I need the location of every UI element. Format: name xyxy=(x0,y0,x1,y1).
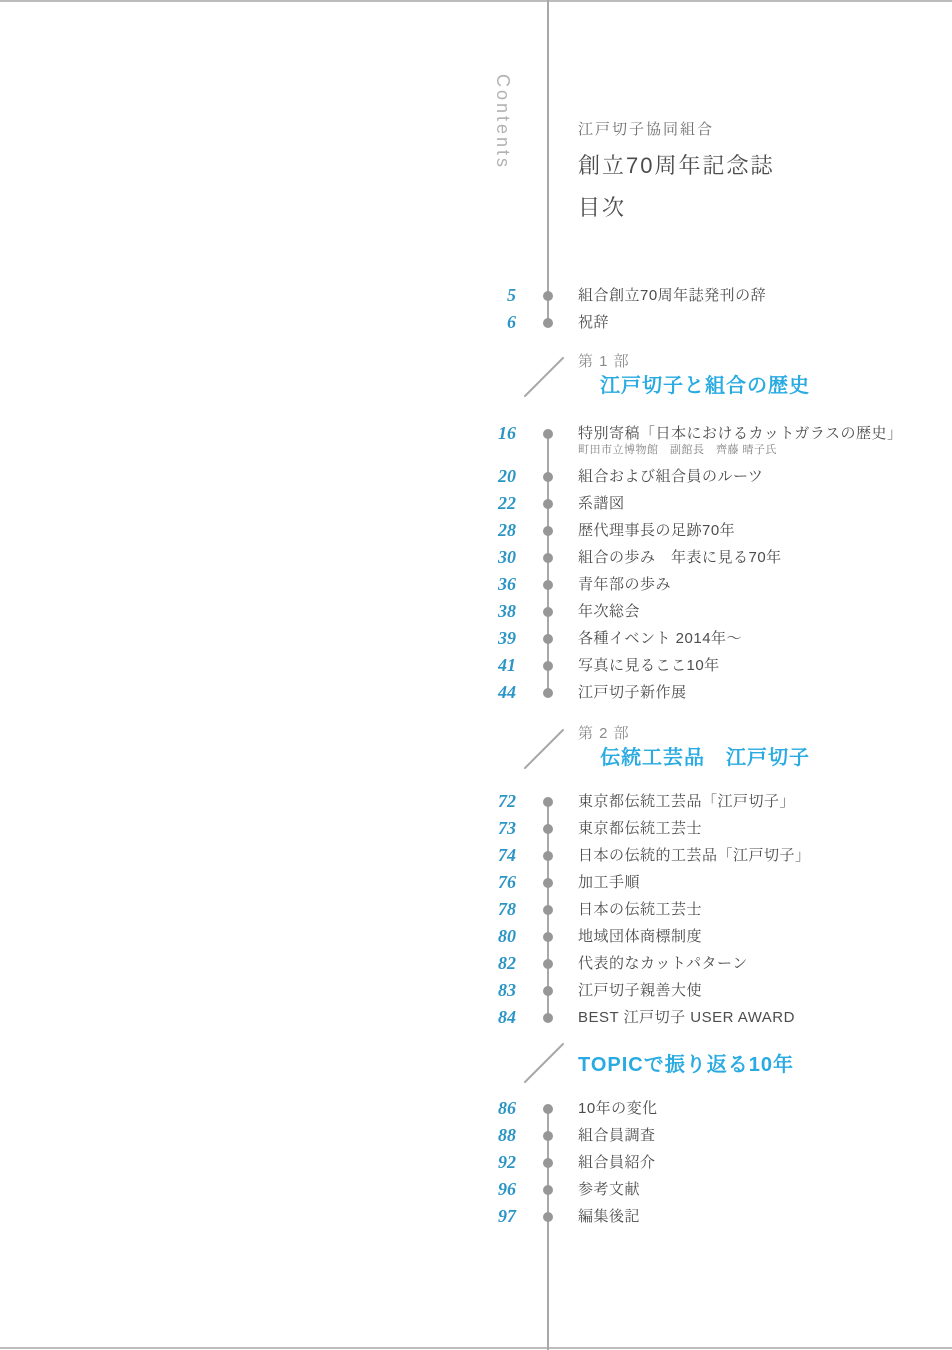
toc-entry-title: 加工手順 xyxy=(578,869,640,896)
toc-entry-page-number: 83 xyxy=(0,977,516,1004)
toc-entry-bullet-icon xyxy=(543,878,553,888)
toc-entry-row: 30 組合の歩み 年表に見る70年 xyxy=(0,544,952,571)
toc-entry-row: 88 組合員調査 xyxy=(0,1122,952,1149)
toc-entry-text: 組合および組合員のルーツ xyxy=(578,463,763,490)
toc-entry-bullet-icon xyxy=(543,661,553,671)
toc-entry-title: 参考文献 xyxy=(578,1176,640,1203)
toc-entry-row: 86 10年の変化 xyxy=(0,1095,952,1122)
toc-entry-bullet-icon xyxy=(543,986,553,996)
toc-entry-page-number: 97 xyxy=(0,1203,516,1230)
toc-entry-page-number: 86 xyxy=(0,1095,516,1122)
toc-entry-text: 系譜図 xyxy=(578,490,625,517)
toc-entry-row: 5 組合創立70周年誌発刊の辞 xyxy=(0,282,952,309)
toc-entry-text: 地域団体商標制度 xyxy=(578,923,702,950)
toc-entry-row: 36 青年部の歩み xyxy=(0,571,952,598)
toc-entry-bullet-icon xyxy=(543,1131,553,1141)
toc-entry-bullet-icon xyxy=(543,607,553,617)
toc-entry-title: 各種イベント 2014年〜 xyxy=(578,625,742,652)
toc-entry-row: 41 写真に見るここ10年 xyxy=(0,652,952,679)
toc-entry-row: 39 各種イベント 2014年〜 xyxy=(0,625,952,652)
toc-section-1-list: 16 特別寄稿「日本におけるカットガラスの歴史」 町田市立博物館 副館長 齊藤 … xyxy=(0,420,952,706)
toc-entry-title: 組合の歩み 年表に見る70年 xyxy=(578,544,782,571)
toc-entry-bullet-icon xyxy=(543,318,553,328)
toc-entry-bullet-icon xyxy=(543,851,553,861)
toc-entry-page-number: 73 xyxy=(0,815,516,842)
toc-entry-bullet-icon xyxy=(543,932,553,942)
toc-entry-row: 82 代表的なカットパターン xyxy=(0,950,952,977)
toc-entry-bullet-icon xyxy=(543,429,553,439)
section-3-title: TOPICで振り返る10年 xyxy=(578,1052,794,1078)
toc-entry-page-number: 88 xyxy=(0,1122,516,1149)
toc-entry-text: 江戸切子親善大使 xyxy=(578,977,702,1004)
contents-vertical-label: Contents xyxy=(492,74,513,170)
toc-entry-row: 83 江戸切子親善大使 xyxy=(0,977,952,1004)
toc-entry-page-number: 96 xyxy=(0,1176,516,1203)
toc-entry-text: 10年の変化 xyxy=(578,1095,658,1122)
toc-entry-title: 日本の伝統工芸士 xyxy=(578,896,702,923)
section-2-title: 伝統工芸品 江戸切子 xyxy=(600,746,810,770)
document-title: 創立70周年記念誌 xyxy=(578,149,774,180)
toc-entry-text: 江戸切子新作展 xyxy=(578,679,687,706)
toc-entry-row: 6 祝辞 xyxy=(0,309,952,336)
toc-section-3-list: 86 10年の変化 88 組合員調査 92 組合員紹介 96 参考文献 97 xyxy=(0,1095,952,1230)
toc-entry-title: 青年部の歩み xyxy=(578,571,671,598)
toc-entry-title: BEST 江戸切子 USER AWARD xyxy=(578,1004,795,1031)
toc-entry-page-number: 76 xyxy=(0,869,516,896)
section-slash-icon xyxy=(520,726,568,772)
toc-entry-title: 江戸切子新作展 xyxy=(578,679,687,706)
toc-entry-row: 74 日本の伝統的工芸品「江戸切子」 xyxy=(0,842,952,869)
toc-entry-text: 東京都伝統工芸士 xyxy=(578,815,702,842)
toc-entry-text: 日本の伝統工芸士 xyxy=(578,896,702,923)
section-1-heading: 第 1 部 江戸切子と組合の歴史 xyxy=(578,352,810,398)
toc-entry-title: 編集後記 xyxy=(578,1203,640,1230)
toc-entry-page-number: 6 xyxy=(0,309,516,336)
toc-entry-title: 地域団体商標制度 xyxy=(578,923,702,950)
toc-entry-row: 44 江戸切子新作展 xyxy=(0,679,952,706)
toc-entry-bullet-icon xyxy=(543,553,553,563)
page-edge-bottom xyxy=(0,1347,952,1349)
toc-entry-text: 代表的なカットパターン xyxy=(578,950,748,977)
toc-entry-row: 76 加工手順 xyxy=(0,869,952,896)
toc-entry-page-number: 36 xyxy=(0,571,516,598)
toc-entry-title: 祝辞 xyxy=(578,309,609,336)
toc-entry-bullet-icon xyxy=(543,499,553,509)
toc-entry-bullet-icon xyxy=(543,526,553,536)
document-header: 江戸切子協同組合 創立70周年記念誌 目次 xyxy=(578,118,774,222)
toc-entry-row: 96 参考文献 xyxy=(0,1176,952,1203)
toc-entry-text: 加工手順 xyxy=(578,869,640,896)
toc-entry-title: 歴代理事長の足跡70年 xyxy=(578,517,735,544)
toc-entry-page-number: 41 xyxy=(0,652,516,679)
toc-entry-bullet-icon xyxy=(543,824,553,834)
toc-entry-text: 組合員調査 xyxy=(578,1122,656,1149)
timeline-line-segment xyxy=(547,0,549,323)
toc-entry-text: 青年部の歩み xyxy=(578,571,671,598)
toc-entry-text: BEST 江戸切子 USER AWARD xyxy=(578,1004,795,1031)
toc-entry-page-number: 78 xyxy=(0,896,516,923)
section-1-part-label: 第 1 部 xyxy=(578,352,810,372)
toc-entry-title: 代表的なカットパターン xyxy=(578,950,748,977)
toc-entry-row: 20 組合および組合員のルーツ xyxy=(0,463,952,490)
toc-entry-page-number: 38 xyxy=(0,598,516,625)
toc-entry-row: 28 歴代理事長の足跡70年 xyxy=(0,517,952,544)
toc-entry-page-number: 44 xyxy=(0,679,516,706)
section-slash-icon xyxy=(520,1040,568,1086)
toc-entry-title: 東京都伝統工芸品「江戸切子」 xyxy=(578,788,795,815)
toc-entry-title: 年次総会 xyxy=(578,598,640,625)
toc-entry-row: 38 年次総会 xyxy=(0,598,952,625)
toc-entry-bullet-icon xyxy=(543,797,553,807)
toc-entry-page-number: 16 xyxy=(0,420,516,447)
toc-entry-page-number: 82 xyxy=(0,950,516,977)
toc-entry-bullet-icon xyxy=(543,580,553,590)
toc-entry-page-number: 30 xyxy=(0,544,516,571)
section-2-heading: 第 2 部 伝統工芸品 江戸切子 xyxy=(578,724,810,770)
toc-entry-page-number: 39 xyxy=(0,625,516,652)
toc-entry-text: 組合の歩み 年表に見る70年 xyxy=(578,544,782,571)
toc-entry-bullet-icon xyxy=(543,1013,553,1023)
toc-entry-text: 東京都伝統工芸品「江戸切子」 xyxy=(578,788,795,815)
toc-entry-text: 特別寄稿「日本におけるカットガラスの歴史」 町田市立博物館 副館長 齊藤 晴子氏 xyxy=(578,420,902,457)
toc-entry-row: 78 日本の伝統工芸士 xyxy=(0,896,952,923)
toc-entry-page-number: 22 xyxy=(0,490,516,517)
toc-entry-title: 組合員紹介 xyxy=(578,1149,656,1176)
toc-entry-page-number: 20 xyxy=(0,463,516,490)
section-1-title: 江戸切子と組合の歴史 xyxy=(600,374,810,398)
toc-entry-page-number: 28 xyxy=(0,517,516,544)
toc-entry-page-number: 92 xyxy=(0,1149,516,1176)
toc-entry-row: 84 BEST 江戸切子 USER AWARD xyxy=(0,1004,952,1031)
toc-entry-text: 参考文献 xyxy=(578,1176,640,1203)
toc-entry-title: 江戸切子親善大使 xyxy=(578,977,702,1004)
toc-entry-bullet-icon xyxy=(543,688,553,698)
toc-entry-bullet-icon xyxy=(543,291,553,301)
toc-entry-bullet-icon xyxy=(543,472,553,482)
toc-entry-page-number: 84 xyxy=(0,1004,516,1031)
toc-entry-bullet-icon xyxy=(543,1158,553,1168)
toc-entry-text: 歴代理事長の足跡70年 xyxy=(578,517,735,544)
toc-entry-title: 系譜図 xyxy=(578,490,625,517)
toc-entry-title: 日本の伝統的工芸品「江戸切子」 xyxy=(578,842,811,869)
section-slash-icon xyxy=(520,354,568,400)
toc-entry-row: 92 組合員紹介 xyxy=(0,1149,952,1176)
toc-entry-bullet-icon xyxy=(543,1104,553,1114)
toc-entry-title: 写真に見るここ10年 xyxy=(578,652,720,679)
toc-entry-text: 日本の伝統的工芸品「江戸切子」 xyxy=(578,842,811,869)
toc-entry-bullet-icon xyxy=(543,959,553,969)
organization-name: 江戸切子協同組合 xyxy=(578,118,774,139)
section-3-heading: TOPICで振り返る10年 xyxy=(578,1052,794,1078)
toc-entry-title: 組合員調査 xyxy=(578,1122,656,1149)
toc-section-2-list: 72 東京都伝統工芸品「江戸切子」 73 東京都伝統工芸士 74 日本の伝統的工… xyxy=(0,788,952,1031)
toc-entry-text: 組合員紹介 xyxy=(578,1149,656,1176)
toc-entry-title: 組合および組合員のルーツ xyxy=(578,463,763,490)
toc-entry-bullet-icon xyxy=(543,1185,553,1195)
toc-entry-text: 写真に見るここ10年 xyxy=(578,652,720,679)
toc-entry-row: 72 東京都伝統工芸品「江戸切子」 xyxy=(0,788,952,815)
toc-entry-subtitle: 町田市立博物館 副館長 齊藤 晴子氏 xyxy=(578,444,902,457)
toc-page: Contents 江戸切子協同組合 創立70周年記念誌 目次 5 組合創立70周… xyxy=(0,0,952,1350)
toc-heading: 目次 xyxy=(578,191,774,222)
toc-entry-page-number: 74 xyxy=(0,842,516,869)
toc-entry-row: 73 東京都伝統工芸士 xyxy=(0,815,952,842)
toc-entry-title: 東京都伝統工芸士 xyxy=(578,815,702,842)
toc-entry-text: 年次総会 xyxy=(578,598,640,625)
toc-entry-row: 97 編集後記 xyxy=(0,1203,952,1230)
toc-entry-bullet-icon xyxy=(543,1212,553,1222)
toc-entry-page-number: 72 xyxy=(0,788,516,815)
toc-preamble-list: 5 組合創立70周年誌発刊の辞 6 祝辞 xyxy=(0,282,952,336)
toc-entry-text: 祝辞 xyxy=(578,309,609,336)
toc-entry-title: 組合創立70周年誌発刊の辞 xyxy=(578,282,766,309)
toc-entry-title: 10年の変化 xyxy=(578,1095,658,1122)
toc-entry-page-number: 5 xyxy=(0,282,516,309)
toc-entry-page-number: 80 xyxy=(0,923,516,950)
toc-entry-text: 各種イベント 2014年〜 xyxy=(578,625,742,652)
toc-entry-title: 特別寄稿「日本におけるカットガラスの歴史」 xyxy=(578,420,902,447)
toc-entry-row: 80 地域団体商標制度 xyxy=(0,923,952,950)
toc-entry-bullet-icon xyxy=(543,634,553,644)
toc-entry-text: 編集後記 xyxy=(578,1203,640,1230)
toc-entry-row: 22 系譜図 xyxy=(0,490,952,517)
toc-entry-bullet-icon xyxy=(543,905,553,915)
page-edge-top xyxy=(0,0,952,2)
toc-entry-row: 16 特別寄稿「日本におけるカットガラスの歴史」 町田市立博物館 副館長 齊藤 … xyxy=(0,420,952,463)
toc-entry-text: 組合創立70周年誌発刊の辞 xyxy=(578,282,766,309)
section-2-part-label: 第 2 部 xyxy=(578,724,810,744)
